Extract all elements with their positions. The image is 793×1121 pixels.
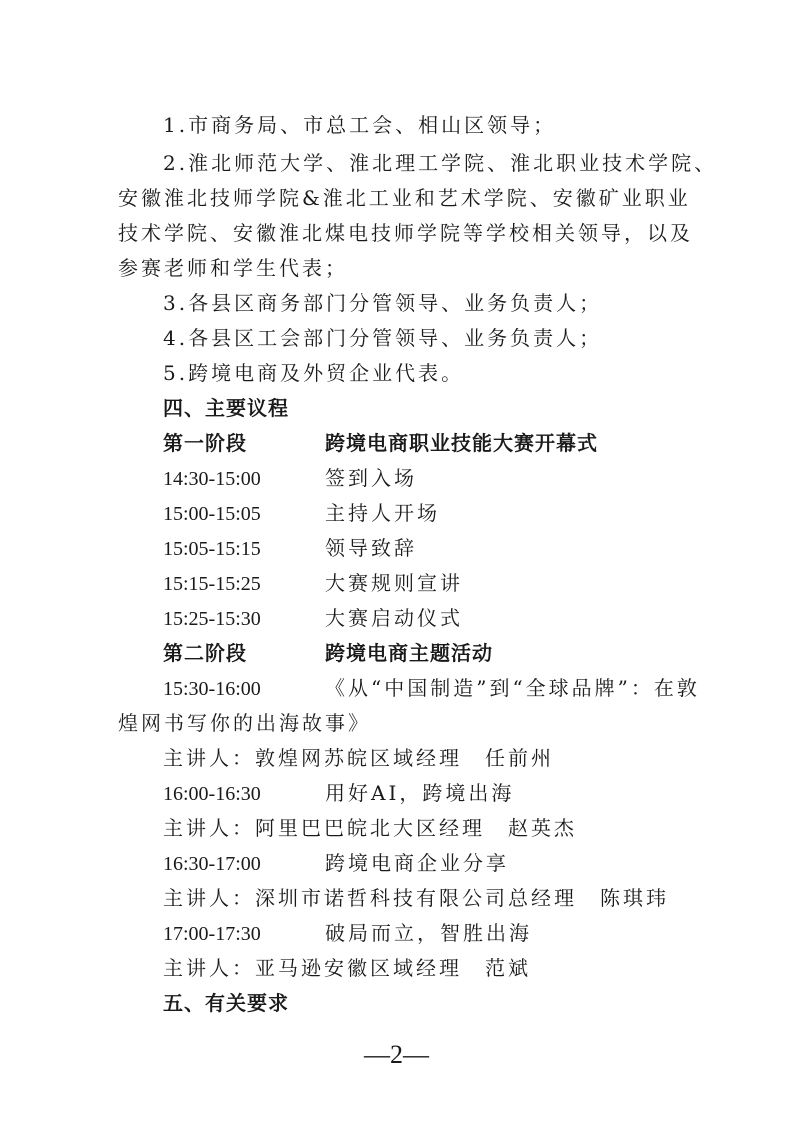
- speaker-line: 主讲人：阿里巴巴皖北大区经理 赵英杰: [163, 815, 577, 841]
- agenda-text: 大赛启动仪式: [325, 606, 463, 630]
- agenda-text: 破局而立，智胜出海: [325, 921, 532, 945]
- speaker-line: 主讲人：深圳市诺哲科技有限公司总经理 陈琪玮: [163, 885, 669, 911]
- agenda-time: 15:00-15:05: [163, 501, 325, 527]
- agenda-text: 主持人开场: [325, 501, 440, 525]
- agenda-time: 15:30-16:00: [163, 676, 325, 702]
- agenda-time: 15:25-15:30: [163, 606, 325, 632]
- attendee-line-6: 3.各县区商务部门分管领导、业务负责人；: [163, 290, 602, 316]
- agenda-text: 跨境电商企业分享: [325, 851, 509, 875]
- attendee-line-1: 1.市商务局、市总工会、相山区领导；: [163, 112, 556, 138]
- agenda-row: 16:30-17:00跨境电商企业分享: [163, 850, 509, 877]
- agenda-row: 15:05-15:15领导致辞: [163, 535, 417, 562]
- agenda-row: 16:00-16:30用好AI，跨境出海: [163, 780, 514, 807]
- agenda-text: 《从“中国制造”到“全球品牌”：在敦: [325, 676, 700, 700]
- agenda-row: 15:30-16:00《从“中国制造”到“全球品牌”：在敦: [163, 675, 700, 702]
- agenda-time: 16:00-16:30: [163, 781, 325, 807]
- agenda-row: 15:00-15:05主持人开场: [163, 500, 440, 527]
- stage-1-label: 第一阶段: [163, 430, 325, 456]
- agenda-text: 大赛规则宣讲: [325, 571, 463, 595]
- agenda-text: 用好AI，跨境出海: [325, 781, 514, 805]
- agenda-text-continued: 煌网书写你的出海故事》: [118, 710, 371, 736]
- agenda-time: 15:15-15:25: [163, 571, 325, 597]
- attendee-line-7: 4.各县区工会部门分管领导、业务负责人；: [163, 325, 602, 351]
- page-number: —2—: [0, 1040, 793, 1070]
- section-4-heading: 四、主要议程: [163, 395, 289, 421]
- attendee-line-2: 2.淮北师范大学、淮北理工学院、淮北职业技术学院、: [163, 150, 717, 176]
- agenda-row: 14:30-15:00签到入场: [163, 465, 417, 492]
- agenda-row: 15:15-15:25大赛规则宣讲: [163, 570, 463, 597]
- attendee-line-8: 5.跨境电商及外贸企业代表。: [163, 360, 464, 386]
- agenda-row: 15:25-15:30大赛启动仪式: [163, 605, 463, 632]
- attendee-line-3: 安徽淮北技师学院&淮北工业和艺术学院、安徽矿业职业: [118, 185, 691, 211]
- agenda-time: 17:00-17:30: [163, 921, 325, 947]
- agenda-text: 签到入场: [325, 466, 417, 490]
- attendee-line-4: 技术学院、安徽淮北煤电技师学院等学校相关领导，以及: [118, 220, 693, 246]
- stage-2-header: 第二阶段跨境电商主题活动: [163, 640, 493, 666]
- stage-1-title: 跨境电商职业技能大赛开幕式: [325, 431, 598, 455]
- attendee-line-5: 参赛老师和学生代表；: [118, 255, 348, 281]
- agenda-row: 17:00-17:30破局而立，智胜出海: [163, 920, 532, 947]
- section-5-heading: 五、有关要求: [163, 990, 289, 1016]
- stage-2-label: 第二阶段: [163, 640, 325, 666]
- speaker-line: 主讲人：敦煌网苏皖区域经理 任前州: [163, 745, 554, 771]
- stage-1-header: 第一阶段跨境电商职业技能大赛开幕式: [163, 430, 598, 456]
- agenda-time: 14:30-15:00: [163, 466, 325, 492]
- agenda-time: 15:05-15:15: [163, 536, 325, 562]
- speaker-line: 主讲人：亚马逊安徽区域经理 范斌: [163, 955, 531, 981]
- stage-2-title: 跨境电商主题活动: [325, 641, 493, 665]
- agenda-text: 领导致辞: [325, 536, 417, 560]
- agenda-time: 16:30-17:00: [163, 851, 325, 877]
